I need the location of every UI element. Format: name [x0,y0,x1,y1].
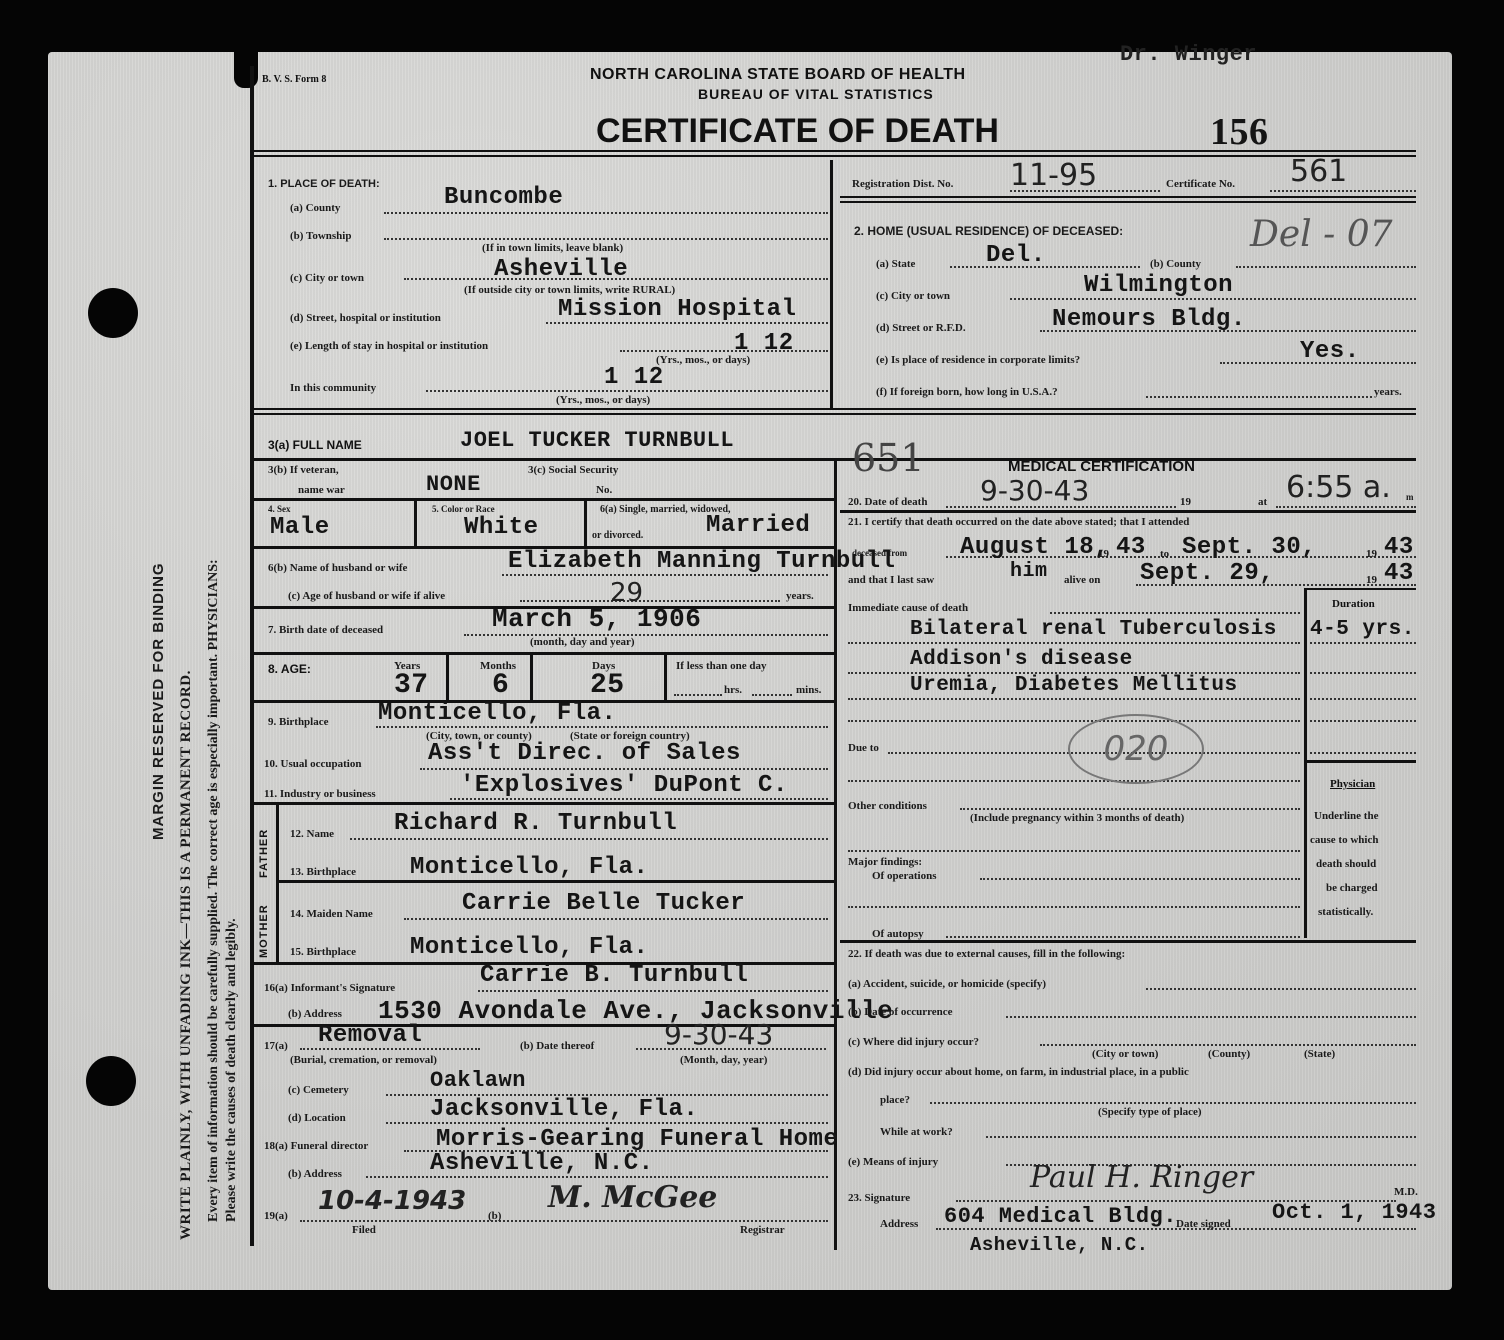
marital-label-2: or divorced. [592,530,643,541]
paper-tear [234,42,258,88]
mother-side-label: MOTHER [258,904,270,958]
residence-heading: 2. HOME (USUAL RESIDENCE) OF DECEASED: [854,224,1123,238]
birth-date-label: 7. Birth date of deceased [268,624,383,636]
location-value: Jacksonville, Fla. [430,1096,698,1123]
res-foreign-line [1146,396,1372,398]
cause-3-line [848,698,1300,700]
filed-label-a: 19(a) [264,1210,288,1222]
section-divider-name [254,408,1416,415]
certify-text: 21. I certify that death occurred on the… [848,516,1189,528]
county-value: Buncombe [444,184,563,211]
other-conditions-hint: (Include pregnancy within 3 months of de… [970,812,1184,824]
immediate-cause-line [1050,612,1300,614]
age-hrs-label: hrs. [724,684,742,696]
funeral-address-label: (b) Address [288,1168,342,1180]
birth-date-hint: (month, day and year) [530,636,635,648]
other-conditions-line-2 [848,850,1300,852]
city-hint: (If outside city or town limits, write R… [464,284,675,296]
cause-1-line [848,642,1300,644]
res-state-label: (a) State [876,258,915,270]
cause-3-value: Uremia, Diabetes Mellitus [910,674,1238,697]
form-left-border [250,66,254,1246]
city-label: (c) City or town [290,272,364,284]
county-label: (a) County [290,202,340,214]
physician-signature: Paul H. Ringer [1030,1160,1253,1195]
signature-suffix: M.D. [1394,1186,1418,1198]
external-heading: 22. If death was due to external causes,… [848,948,1125,960]
margin-ink-note: WRITE PLAINLY, WITH UNFADING INK—THIS IS… [178,670,195,1240]
stay-line [620,350,828,352]
spouse-age-label: (c) Age of husband or wife if alive [288,590,445,602]
father-birthplace-label: 13. Birthplace [290,866,356,878]
age-divider-1 [446,654,449,700]
spouse-label: 6(b) Name of husband or wife [268,562,407,574]
last-seen-year: 43 [1384,560,1414,587]
binding-hole-bottom [86,1056,136,1106]
last-saw-label: and that I last saw [848,574,934,586]
binding-hole-top [88,288,138,338]
occurrence-date-label: (b) Date of occurrence [848,1006,953,1018]
res-city-value: Wilmington [1084,272,1233,299]
community-label: In this community [290,382,376,394]
bureau-name: BUREAU OF VITAL STATISTICS [698,86,934,102]
res-county-line [1236,266,1416,268]
disposition-date-label: (b) Date thereof [520,1040,594,1052]
medical-heading: MEDICAL CERTIFICATION [1008,458,1195,475]
death-at-label: at [1258,496,1267,508]
veteran-value: NONE [426,472,481,497]
sex-race-divider [414,500,417,546]
major-findings-label: Major findings: [848,856,922,868]
age-months-value: 6 [492,670,509,701]
res-corporate-value: Yes. [1300,338,1360,365]
sex-label: 4. Sex [268,504,291,514]
race-value: White [464,514,539,541]
disposition-method-label: 17(a) [264,1040,288,1052]
injury-place-line [930,1102,1416,1104]
injury-place-hint: (Specify type of place) [1098,1106,1202,1118]
while-at-work-line [986,1136,1416,1138]
column-divider-top [830,160,833,410]
stay-hint: (Yrs., mos., or days) [656,354,750,366]
community-value: 1 12 [604,364,664,391]
disposition-method-value: Removal [318,1022,422,1049]
parents-side-divider [276,804,279,962]
injury-place-label-2: place? [880,1094,910,1106]
last-seen-year-prefix: 19 [1366,574,1377,586]
attended-to-value: Sept. 30, [1182,534,1316,561]
cause-1-value: Bilateral renal Tuberculosis [910,618,1277,641]
due-to-line-2 [848,780,1300,782]
certificate-title: CERTIFICATE OF DEATH [596,112,999,151]
age-divider-3 [664,654,667,700]
margin-binding-note: MARGIN RESERVED FOR BINDING [150,562,167,840]
due-to-label: Due to [848,742,879,754]
township-label: (b) Township [290,230,351,242]
signature-label: 23. Signature [848,1192,910,1204]
father-name-label: 12. Name [290,828,334,840]
attended-to-label: to [1160,548,1169,560]
death-time-line [1276,506,1416,508]
name-divider [254,458,1416,461]
age-mins-label: mins. [796,684,821,696]
community-hint: (Yrs., mos., or days) [556,394,650,406]
attended-to-year-prefix: 19 [1366,548,1377,560]
means-of-injury-label: (e) Means of injury [848,1156,938,1168]
duration-1-line [1310,642,1416,644]
reg-dist-label: Registration Dist. No. [852,178,953,190]
full-name-value: JOEL TUCKER TURNBULL [460,428,734,453]
father-name-value: Richard R. Turnbull [394,810,677,837]
mother-birthplace-label: 15. Birthplace [290,946,356,958]
registrar-label: Registrar [740,1224,785,1236]
filed-date-value: 10-4-1943 [318,1186,466,1216]
father-mother-divider [276,880,834,883]
reg-dist-value: 11-95 [1010,158,1097,193]
death-time-value: 6:55 a. [1286,470,1391,505]
other-conditions-label: Other conditions [848,800,927,812]
injury-where-line [1040,1044,1416,1046]
veteran-label-1: 3(b) If veteran, [268,464,339,476]
physician-note-4: be charged [1326,882,1378,894]
margin-cause-note: Please write the causes of death clearly… [224,918,240,1222]
accident-line [1146,988,1416,990]
physician-address-1: 604 Medical Bldg. [944,1204,1177,1229]
township-hint: (If in town limits, leave blank) [482,242,623,254]
disposition-date-hint: (Month, day, year) [680,1054,767,1066]
informant-signature-value: Carrie B. Turnbull [480,962,748,989]
spouse-age-suffix: years. [786,590,814,602]
duration-5-line [1310,752,1416,754]
cemetery-label: (c) Cemetery [288,1084,349,1096]
veteran-label-2: name war [298,484,345,496]
header-divider [254,150,1416,157]
funeral-director-value: Morris-Gearing Funeral Home [436,1126,838,1153]
physician-note-3: death should [1316,858,1376,870]
sex-value: Male [270,514,330,541]
attended-from-value: August 18, [960,534,1109,561]
duration-1-value: 4-5 yrs. [1310,618,1415,641]
date-signed-value: Oct. 1, 1943 [1272,1200,1436,1225]
birth-date-line [464,634,828,636]
informant-signature-line [478,990,828,992]
stay-value: 1 12 [734,330,794,357]
physician-note-2: cause to which [1310,834,1378,846]
injury-place-label-1: (d) Did injury occur about home, on farm… [848,1066,1189,1078]
medical-divider [840,940,1416,943]
father-side-label: FATHER [258,829,270,878]
duration-3-line [1310,698,1416,700]
cert-no-line [1270,190,1416,192]
alive-on-label: alive on [1064,574,1100,586]
township-line [384,238,828,240]
injury-where-hint-county: (County) [1208,1048,1250,1060]
form-id: B. V. S. Form 8 [262,74,326,85]
res-state-value: Del. [986,242,1046,269]
mother-name-line [404,918,828,920]
city-value: Asheville [494,256,628,283]
attended-from-label: deceased from [852,548,907,558]
res-foreign-suffix: years. [1374,386,1402,398]
ssn-label-1: 3(c) Social Security [528,464,618,476]
filed-label: Filed [352,1224,376,1236]
age-lt-day-label: If less than one day [676,660,766,672]
duration-4-line [1310,720,1416,722]
res-street-value: Nemours Bldg. [1052,306,1246,333]
disposition-method-hint: (Burial, cremation, or removal) [290,1054,437,1066]
race-label: 5. Color or Race [432,504,495,514]
informant-address-value: 1530 Avondale Ave., Jacksonville [378,996,893,1026]
registrar-label-b: (b) [488,1210,501,1222]
funeral-director-label: 18(a) Funeral director [264,1140,368,1152]
death-date-divider [840,510,1416,513]
birthplace-label: 9. Birthplace [268,716,329,728]
page-number: 156 [1210,110,1269,154]
injury-where-label: (c) Where did injury occur? [848,1036,979,1048]
full-name-label: 3(a) FULL NAME [268,438,362,452]
operations-line-2 [848,906,1300,908]
top-annotation: Dr. Winger [1120,42,1257,67]
disposition-date-value: 9-30-43 [664,1018,773,1051]
county-line [384,212,828,214]
attended-from-year: 43 [1116,534,1146,561]
location-label: (d) Location [288,1112,346,1124]
birth-date-value: March 5, 1906 [492,604,701,634]
father-name-line [350,838,828,840]
autopsy-label: Of autopsy [872,928,924,940]
street-label: (d) Street, hospital or institution [290,312,441,324]
physician-note-5: statistically. [1318,906,1373,918]
death-date-value: 9-30-43 [980,474,1089,507]
autopsy-line [946,936,1300,938]
accident-label: (a) Accident, suicide, or homicide (spec… [848,978,1046,990]
death-date-label: 20. Date of death [848,496,927,508]
occupation-label: 10. Usual occupation [264,758,362,770]
physician-address-2: Asheville, N.C. [970,1234,1149,1256]
mother-birthplace-value: Monticello, Fla. [410,934,648,961]
veteran-divider [254,498,834,501]
spouse-age-line [520,600,780,602]
registration-divider [840,196,1416,203]
industry-label: 11. Industry or business [264,788,376,800]
informant-signature-label: 16(a) Informant's Signature [264,982,395,994]
father-birthplace-value: Monticello, Fla. [410,854,648,881]
occurrence-date-line [1006,1016,1416,1018]
cert-no-label: Certificate No. [1166,178,1235,190]
registrar-signature: M. McGee [548,1180,717,1215]
operations-line [980,878,1300,880]
duration-bottom-rule [1304,760,1416,763]
res-street-label: (d) Street or R.F.D. [876,322,966,334]
medical-handwritten-code: 651 [852,436,925,480]
death-year-prefix: 19 [1180,496,1191,508]
funeral-address-value: Asheville, N.C. [430,1150,654,1177]
res-corporate-label: (e) Is place of residence in corporate l… [876,354,1080,366]
cause-4-line [848,720,1300,722]
date-signed-label: Date signed [1176,1218,1231,1230]
hrs-line [674,694,722,696]
cemetery-value: Oaklawn [430,1068,526,1093]
last-saw-pronoun: him [1010,560,1048,583]
ssn-label-2: No. [596,484,612,496]
marital-value: Married [706,512,810,539]
informant-address-label: (b) Address [288,1008,342,1020]
immediate-cause-label: Immediate cause of death [848,602,968,614]
injury-where-hint-city: (City or town) [1092,1048,1158,1060]
duration-column-divider [1304,588,1307,938]
filed-line [300,1220,828,1222]
industry-divider [254,802,834,805]
age-days-value: 25 [590,670,625,701]
last-seen-value: Sept. 29, [1140,560,1274,587]
age-years-value: 37 [394,670,429,701]
place-of-death-heading: 1. PLACE OF DEATH: [268,178,380,190]
other-conditions-line [960,808,1300,810]
res-county-label: (b) County [1150,258,1201,270]
cert-no-value: 561 [1290,154,1347,189]
while-at-work-label: While at work? [880,1126,953,1138]
mins-line [752,694,792,696]
physician-heading: Physician [1330,778,1375,790]
physician-address-label: Address [880,1218,918,1230]
stay-label: (e) Length of stay in hospital or instit… [290,340,488,352]
cause-2-value: Addison's disease [910,648,1133,671]
mother-name-label: 14. Maiden Name [290,908,373,920]
spouse-value: Elizabeth Manning Turnbull [508,548,895,575]
attended-to-year: 43 [1384,534,1414,561]
age-label: 8. AGE: [268,662,311,676]
res-foreign-label: (f) If foreign born, how long in U.S.A.? [876,386,1058,398]
race-marital-divider [584,500,587,546]
injury-where-hint-state: (State) [1304,1048,1335,1060]
age-divider-2 [530,654,533,700]
birthplace-value: Monticello, Fla. [378,700,616,727]
duration-2-line [1310,672,1416,674]
margin-info-note: Every item of information should be care… [206,559,222,1222]
duration-top-rule [1304,588,1416,590]
birth-divider [254,652,834,655]
industry-value: 'Explosives' DuPont C. [460,772,788,799]
occupation-line [420,768,828,770]
res-city-label: (c) City or town [876,290,950,302]
duration-label: Duration [1332,598,1375,610]
operations-label: Of operations [872,870,936,882]
residence-handwritten-note: Del - 07 [1250,214,1393,255]
agency-name: NORTH CAROLINA STATE BOARD OF HEALTH [590,66,966,84]
occupation-value: Ass't Direc. of Sales [428,740,741,767]
physician-note-1: Underline the [1314,810,1378,822]
street-value: Mission Hospital [558,296,796,323]
mother-name-value: Carrie Belle Tucker [462,890,745,917]
attended-from-year-prefix: 19 [1098,548,1109,560]
classification-stamp: 020 [1068,714,1204,784]
death-time-suffix: m [1406,492,1414,502]
